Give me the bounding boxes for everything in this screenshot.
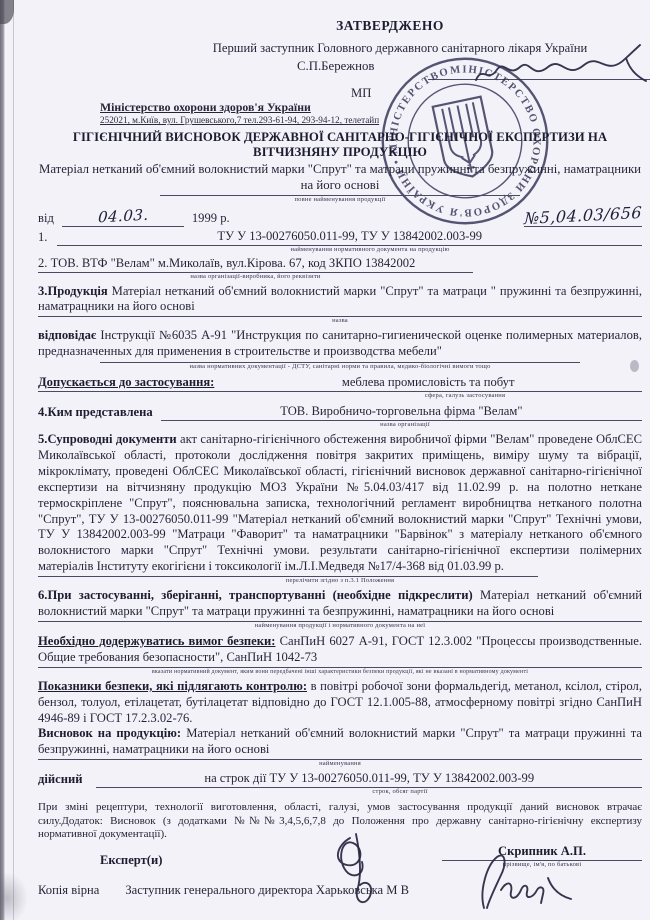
- safety-row: Необхідно додержуватись вимог безпеки: С…: [38, 634, 642, 668]
- copy-label: Копія вірна: [38, 883, 99, 899]
- validity-row: дійсний на строк дії ТУ У 13-00276050.01…: [38, 771, 642, 788]
- field5-caption: перелічити згідно з п.3.1 Положення: [38, 577, 642, 585]
- number-handwritten: №5,04.03/656: [524, 205, 643, 227]
- allowed-label: Допускається до застосування:: [38, 375, 214, 391]
- document-scan: ЗАТВЕРДЖЕНО Перший заступник Головного д…: [0, 0, 650, 920]
- document-body: Міністерство охорони здоров'я України 25…: [38, 101, 642, 899]
- conclusion-row: Висновок на продукцію: Матеріал нетканий…: [38, 726, 642, 760]
- conclusion-caption: найменування: [38, 760, 642, 768]
- document-title: ГІГІЄНІЧНИЙ ВИСНОВОК ДЕРЖАВНОЇ САНІТАРНО…: [38, 130, 642, 160]
- valid-label: дійсний: [38, 772, 82, 788]
- scan-corner-blob: [0, 0, 14, 24]
- field-documents-row: 5.Супроводні документи акт санітарно-гіг…: [38, 432, 642, 575]
- field3-caption: назва: [38, 317, 642, 325]
- mp-label: МП: [351, 86, 371, 101]
- allowed-row: Допускається до застосування: меблева пр…: [38, 375, 642, 392]
- field1-num: 1.: [38, 230, 47, 246]
- field4-value: ТОВ. Виробничо-торговельна фірма "Велам": [161, 404, 642, 421]
- field4-label: 4.Ким представлена: [38, 405, 153, 421]
- ministry-address: 252021, м.Київ, вул. Грушевського,7 тел.…: [100, 114, 642, 126]
- scan-edge-strip: [0, 0, 5, 920]
- field5-value: акт санітарно-гігієнічного обстеження ви…: [38, 432, 642, 573]
- field-manufacturer-row: 2. ТОВ. ВТФ "Велам" м.Миколаїв, вул.Кіро…: [38, 256, 642, 273]
- date-number-row: від 04.03. 1999 р. №5,04.03/656: [38, 208, 642, 227]
- allowed-value: меблева промисловість та побут: [214, 375, 642, 391]
- expert-label: Експерт(и): [100, 853, 162, 869]
- safety-label: Необхідно додержуватись вимог безпеки:: [38, 634, 275, 648]
- scan-bottom-blob: [0, 872, 28, 920]
- product-caption: повне найменування продукції: [38, 196, 642, 204]
- field2-caption: назва організації-виробника, його реквіз…: [38, 273, 473, 281]
- field1-value: ТУ У 13-00276050.011-99, ТУ У 13842002.0…: [57, 229, 642, 246]
- copy-signature: [476, 850, 580, 916]
- field3-value: Матеріал нетканий об'ємний волокнистий м…: [38, 284, 642, 314]
- field1-caption: найменування нормативного документа на п…: [38, 246, 642, 254]
- conforms-caption: назва нормативних документації - ДСТУ, с…: [38, 363, 642, 371]
- date-year: 1999 р.: [192, 211, 230, 227]
- approved-label: ЗАТВЕРДЖЕНО: [220, 18, 560, 34]
- ministry-name: Міністерство охорони здоров'я України: [100, 101, 642, 114]
- valid-caption: строк, обсяг партії: [38, 788, 642, 796]
- field-presented-row: 4.Ким представлена ТОВ. Виробничо-торгов…: [38, 404, 642, 421]
- field-usage-row: 6.При застосуванні, зберіганні, транспор…: [38, 588, 642, 620]
- field2-value: 2. ТОВ. ВТФ "Велам" м.Миколаїв, вул.Кіро…: [38, 256, 473, 273]
- date-from-label: від: [38, 211, 54, 227]
- control-row: Показники безпеки, які підлягають контро…: [38, 679, 642, 727]
- conforms-value: Інструкції №6035 А-91 "Инструкция по сан…: [38, 328, 642, 358]
- field6-label: 6.При застосуванні, зберіганні, транспор…: [38, 588, 473, 602]
- date-handwritten: 04.03.: [97, 207, 148, 226]
- scan-margin-line: [13, 0, 14, 920]
- safety-caption: вказати нормативний документ, яким вони …: [38, 668, 642, 676]
- field6-caption: найменування продукції і нормативного до…: [38, 622, 642, 630]
- field4-caption: назва організації: [38, 421, 642, 429]
- field-normdoc-row: 1. ТУ У 13-00276050.011-99, ТУ У 1384200…: [38, 229, 642, 246]
- allowed-caption: сфера, галузь застосування: [38, 392, 642, 400]
- product-name: Матеріал нетканий об'ємний волокнистий м…: [38, 162, 642, 192]
- expert-signature: [318, 828, 400, 914]
- control-label: Показники безпеки, які підлягають контро…: [38, 679, 307, 693]
- conforms-label: відповідає: [38, 328, 96, 342]
- valid-value: на строк дії ТУ У 13-00276050.011-99, ТУ…: [96, 771, 642, 788]
- approver-name: С.П.Бережнов: [297, 59, 374, 74]
- conforms-row: відповідає Інструкції №6035 А-91 "Инстру…: [38, 328, 642, 360]
- field3-label: 3.Продукція: [38, 284, 108, 298]
- field-product-row: 3.Продукція Матеріал нетканий об'ємний в…: [38, 284, 642, 318]
- date-field: 04.03.: [62, 209, 184, 227]
- number-field: №5,04.03/656: [524, 208, 642, 227]
- field5-label: 5.Супроводні документи: [38, 432, 177, 446]
- conclusion-label: Висновок на продукцію:: [38, 726, 181, 740]
